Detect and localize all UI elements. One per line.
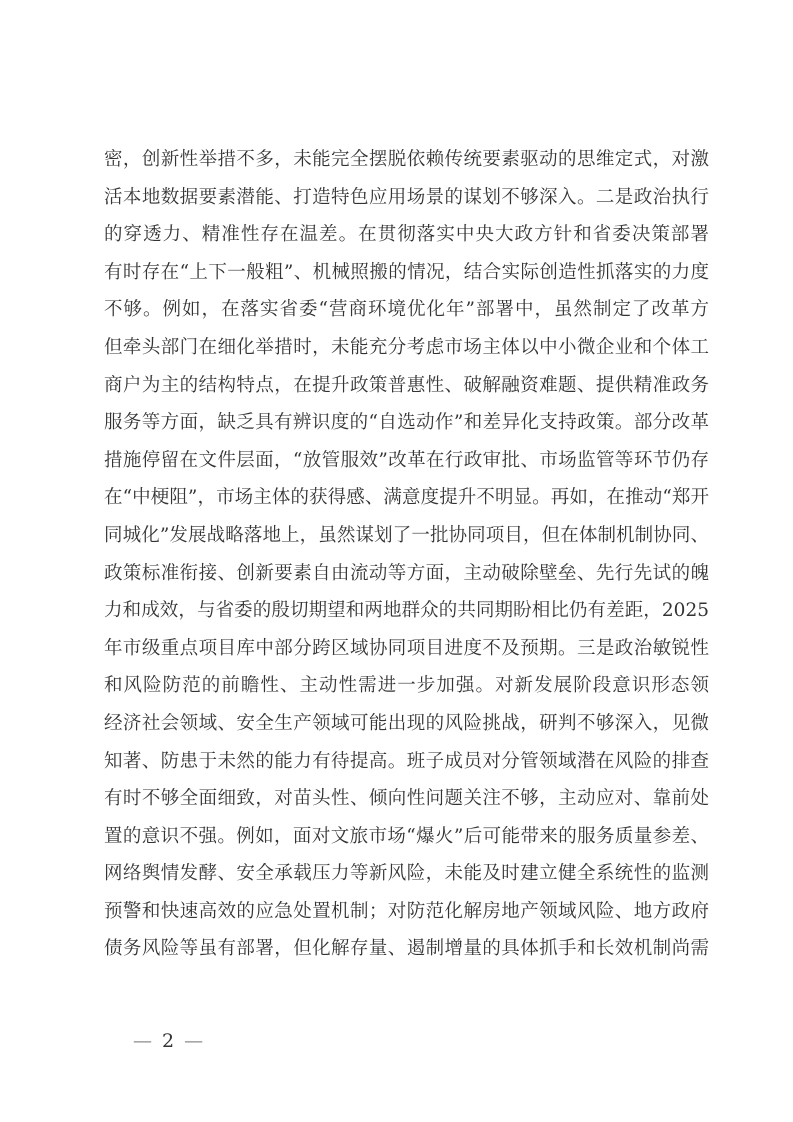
body-text-line: 有时存在“上下一般粗”、机械照搬的情况，结合实际创造性抓落实的力度	[104, 254, 709, 292]
body-text-line: 不够。例如，在落实省委“营商环境优化年”部署中，虽然制定了改革方案，	[104, 291, 709, 329]
body-text-line: 同城化”发展战略落地上，虽然谋划了一批协同项目，但在体制机制协同、	[104, 517, 709, 555]
body-text-line: 置的意识不强。例如，面对文旅市场“爆火”后可能带来的服务质量参差、	[104, 818, 709, 856]
body-text-line: 服务等方面，缺乏具有辨识度的“自选动作”和差异化支持政策。部分改革	[104, 404, 709, 442]
document-page: 密，创新性举措不多，未能完全摆脱依赖传统要素驱动的思维定式，对激 活本地数据要素…	[0, 0, 793, 1122]
footer-right-dash: —	[184, 1030, 203, 1052]
body-text-line: 网络舆情发酵、安全承载压力等新风险，未能及时建立健全系统性的监测	[104, 855, 709, 893]
body-text-line: 措施停留在文件层面，“放管服效”改革在行政审批、市场监管等环节仍存	[104, 442, 709, 480]
body-text-line: 商户为主的结构特点，在提升政策普惠性、破解融资难题、提供精准政务	[104, 367, 709, 405]
body-text-line: 在“中梗阻”，市场主体的获得感、满意度提升不明显。再如，在推动“郑开	[104, 479, 709, 517]
footer-left-dash: —	[133, 1030, 152, 1052]
body-text-line: 经济社会领域、安全生产领域可能出现的风险挑战，研判不够深入，见微	[104, 705, 709, 743]
page-number: 2	[162, 1030, 174, 1052]
body-text-block: 密，创新性举措不多，未能完全摆脱依赖传统要素驱动的思维定式，对激 活本地数据要素…	[104, 141, 709, 968]
body-text-line: 债务风险等虽有部署，但化解存量、遏制增量的具体抓手和长效机制尚需	[104, 930, 709, 968]
body-text-line: 但牵头部门在细化举措时，未能充分考虑市场主体以中小微企业和个体工	[104, 329, 709, 367]
page-footer: —2—	[133, 1029, 203, 1053]
body-text-line: 年市级重点项目库中部分跨区域协同项目进度不及预期。三是政治敏锐性	[104, 630, 709, 668]
body-text-line: 和风险防范的前瞻性、主动性需进一步加强。对新发展阶段意识形态领域、	[104, 667, 709, 705]
body-text-line: 有时不够全面细致，对苗头性、倾向性问题关注不够，主动应对、靠前处	[104, 780, 709, 818]
body-text-line: 预警和快速高效的应急处置机制；对防范化解房地产领域风险、地方政府	[104, 893, 709, 931]
body-text-line: 政策标准衔接、创新要素自由流动等方面，主动破除壁垒、先行先试的魄	[104, 555, 709, 593]
body-text-line: 密，创新性举措不多，未能完全摆脱依赖传统要素驱动的思维定式，对激	[104, 141, 709, 179]
body-text-line: 活本地数据要素潜能、打造特色应用场景的谋划不够深入。二是政治执行	[104, 179, 709, 217]
body-text-line: 知著、防患于未然的能力有待提高。班子成员对分管领域潜在风险的排查	[104, 743, 709, 781]
body-text-line: 力和成效，与省委的殷切期望和两地群众的共同期盼相比仍有差距，2025	[104, 592, 709, 630]
body-text-line: 的穿透力、精准性存在温差。在贯彻落实中央大政方针和省委决策部署时，	[104, 216, 709, 254]
